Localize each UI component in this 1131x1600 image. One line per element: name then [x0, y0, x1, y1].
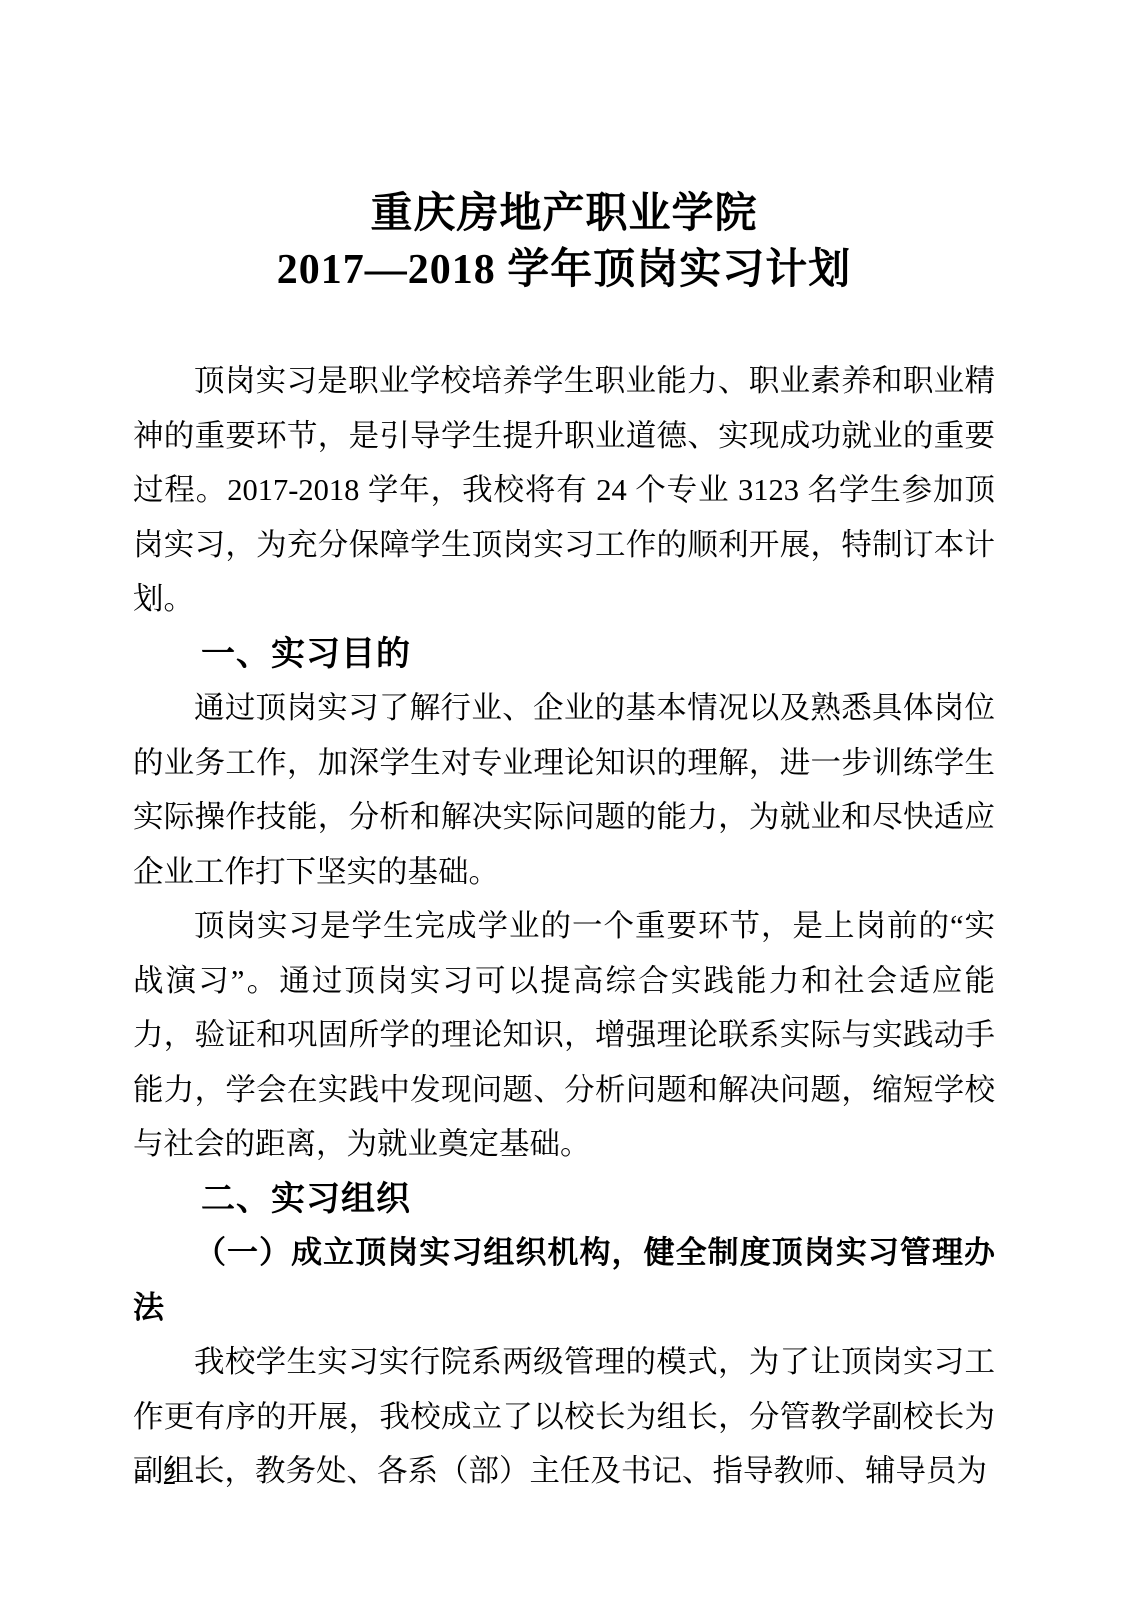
- paragraph-purpose-2: 顶岗实习是学生完成学业的一个重要环节，是上岗前的“实战演习”。通过顶岗实习可以提…: [133, 899, 995, 1172]
- document-title: 重庆房地产职业学院: [133, 186, 995, 242]
- page-number: - 2 -: [135, 1460, 210, 1491]
- document-subtitle: 2017—2018 学年顶岗实习计划: [133, 242, 995, 298]
- paragraph-purpose-1: 通过顶岗实习了解行业、企业的基本情况以及熟悉具体岗位的业务工作，加深学生对专业理…: [133, 681, 995, 899]
- subsection-heading-organization-1: （一）成立顶岗实习组织机构，健全制度顶岗实习管理办法: [133, 1226, 995, 1335]
- paragraph-organization-1: 我校学生实习实行院系两级管理的模式，为了让顶岗实习工作更有序的开展，我校成立了以…: [133, 1335, 995, 1499]
- paragraph-intro: 顶岗实习是职业学校培养学生职业能力、职业素养和职业精神的重要环节，是引导学生提升…: [133, 354, 995, 627]
- section-heading-organization: 二、实习组织: [133, 1172, 995, 1227]
- title-block: 重庆房地产职业学院 2017—2018 学年顶岗实习计划: [133, 186, 995, 298]
- document-page: 重庆房地产职业学院 2017—2018 学年顶岗实习计划 顶岗实习是职业学校培养…: [0, 0, 1131, 1600]
- section-heading-purpose: 一、实习目的: [133, 627, 995, 682]
- document-content: 重庆房地产职业学院 2017—2018 学年顶岗实习计划 顶岗实习是职业学校培养…: [133, 186, 995, 1499]
- document-body: 顶岗实习是职业学校培养学生职业能力、职业素养和职业精神的重要环节，是引导学生提升…: [133, 354, 995, 1499]
